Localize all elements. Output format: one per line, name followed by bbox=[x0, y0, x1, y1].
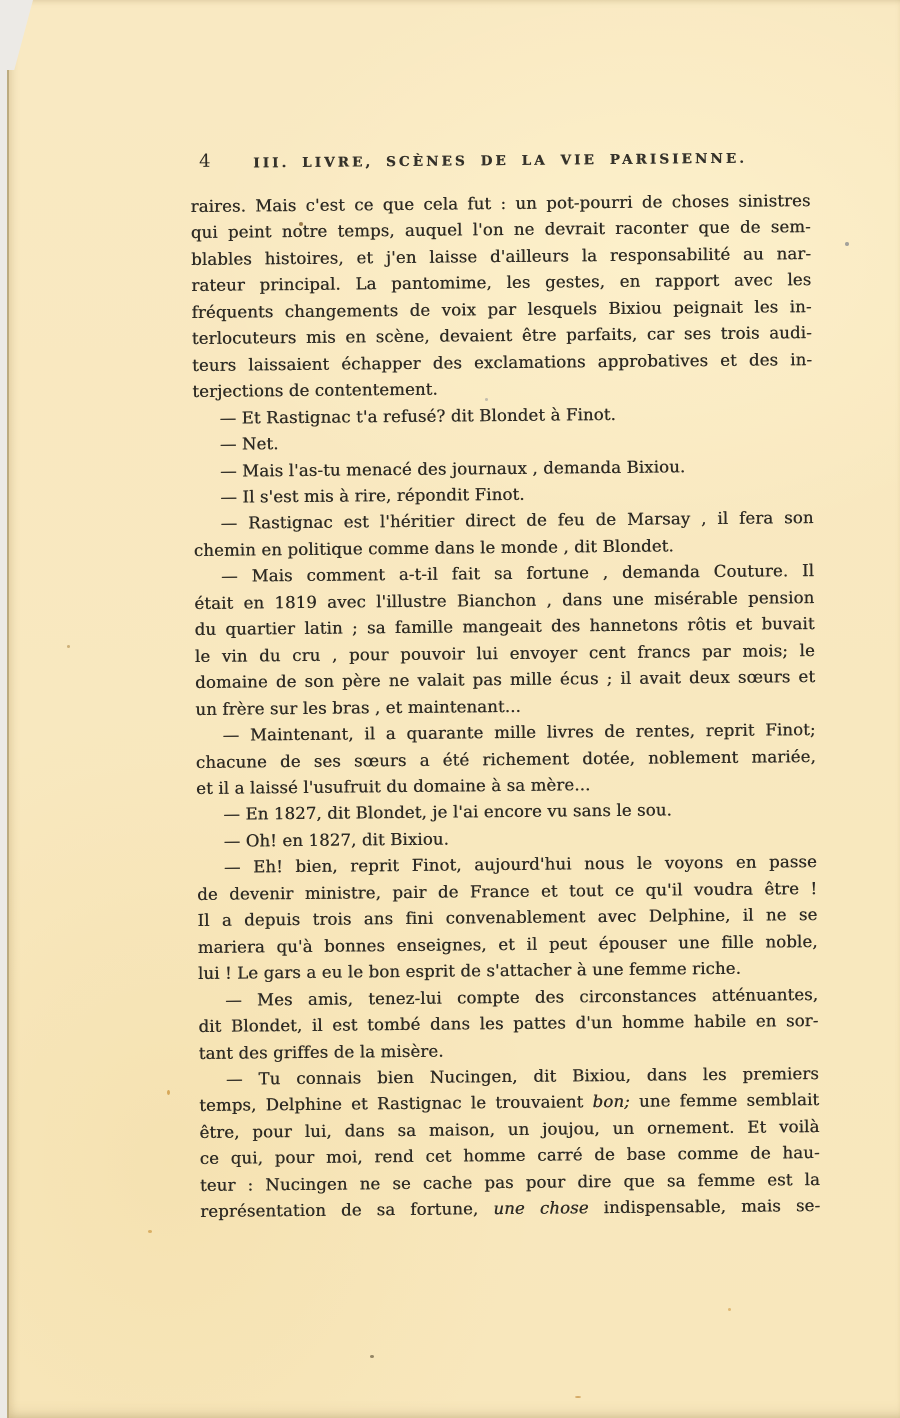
text-run: — Tu connais bien Nucingen, dit Bixiou, … bbox=[226, 1064, 819, 1089]
text-run: terlocuteurs mis en scène, devaient être… bbox=[192, 323, 812, 348]
text-run: de devenir ministre, pair de France et t… bbox=[197, 879, 817, 904]
paragraph: — Tu connais bien Nucingen, dit Bixiou, … bbox=[199, 1061, 820, 1226]
paragraph: — Maintenant, il a quarante mille livres… bbox=[196, 717, 817, 802]
running-title: III. LIVRE, SCÈNES DE LA VIE PARISIENNE. bbox=[190, 144, 810, 172]
text-run: chacune de ses sœurs a été richement dot… bbox=[196, 747, 816, 772]
book-page: 4 III. LIVRE, SCÈNES DE LA VIE PARISIENN… bbox=[7, 0, 900, 1418]
text-run: ce qui, pour moi, rend cet homme carré d… bbox=[200, 1143, 820, 1168]
text-run: teur : Nucingen ne se cache pas pour dir… bbox=[200, 1170, 820, 1195]
text-run: — En 1827, dit Blondet, je l'ai encore v… bbox=[223, 801, 672, 824]
scanner-edge bbox=[7, 0, 33, 70]
text-run: représentation de sa fortune, bbox=[200, 1199, 493, 1221]
text-run: du quartier latin ; sa famille mangeait … bbox=[195, 614, 815, 639]
text-run: fréquents changements de voix par lesque… bbox=[191, 297, 811, 322]
text-run: — Oh! en 1827, dit Bixiou. bbox=[224, 829, 449, 850]
text-run: terjections de contentement. bbox=[192, 380, 438, 401]
text-run: — Rastignac est l'héritier direct de feu… bbox=[220, 508, 813, 533]
text-run: était en 1819 avec l'illustre Bianchon ,… bbox=[194, 588, 814, 613]
text-body: raires. Mais c'est ce que cela fut : un … bbox=[190, 188, 820, 1226]
text-run: — Et Rastignac t'a refusé? dit Blondet à… bbox=[219, 405, 615, 428]
page-content: 4 III. LIVRE, SCÈNES DE LA VIE PARISIENN… bbox=[190, 144, 820, 1226]
text-run: — Eh! bien, reprit Finot, aujourd'hui no… bbox=[224, 852, 817, 877]
paper-speck bbox=[167, 1090, 170, 1095]
text-run: et il a laissé l'usufruit du domaine à s… bbox=[196, 775, 590, 798]
page-number: 4 bbox=[199, 151, 211, 172]
text-run: un frère sur les bras , et maintenant... bbox=[195, 696, 521, 718]
text-run: rateur principal. La pantomime, les gest… bbox=[191, 270, 811, 295]
text-run: — Maintenant, il a quarante mille livres… bbox=[223, 720, 816, 745]
text-run: mariera qu'à bonnes enseignes, et il peu… bbox=[198, 932, 818, 957]
text-run: — Net. bbox=[220, 434, 279, 454]
text-run: Il a depuis trois ans fini convenablemen… bbox=[197, 905, 817, 930]
paper-speck bbox=[575, 1396, 581, 1398]
paper-speck bbox=[67, 645, 70, 648]
text-run: — Mais comment a-t-il fait sa fortune , … bbox=[221, 561, 814, 586]
italic-text-run: bon; bbox=[592, 1092, 629, 1111]
text-run: lui ! Le gars a eu le bon esprit de s'at… bbox=[198, 959, 741, 983]
paragraph: — Mes amis, tenez-lui compte des circons… bbox=[198, 982, 819, 1067]
text-run: une femme semblait bbox=[630, 1090, 820, 1111]
text-run: temps, Delphine et Rastignac le trouvaie… bbox=[199, 1093, 593, 1116]
text-run: — Mais l'as-tu menacé des journaux , dem… bbox=[220, 457, 685, 480]
page-header: 4 III. LIVRE, SCÈNES DE LA VIE PARISIENN… bbox=[190, 144, 810, 182]
paragraph: — Mais comment a-t-il fait sa fortune , … bbox=[194, 558, 815, 723]
text-run: dit Blondet, il est tombé dans les patte… bbox=[198, 1011, 818, 1036]
text-run: — Il s'est mis à rire, répondit Finot. bbox=[220, 485, 524, 507]
paragraph: raires. Mais c'est ce que cela fut : un … bbox=[190, 188, 812, 406]
text-run: le vin du cru , pour pouvoir lui envoyer… bbox=[195, 641, 815, 666]
text-run: chemin en politique comme dans le monde … bbox=[194, 536, 674, 560]
italic-text-run: une chose bbox=[493, 1198, 588, 1218]
paper-speck bbox=[370, 1355, 374, 1358]
paper-speck bbox=[845, 242, 849, 246]
paper-speck bbox=[148, 1230, 152, 1233]
paper-speck bbox=[728, 1308, 731, 1311]
text-run: raires. Mais c'est ce que cela fut : un … bbox=[190, 191, 810, 216]
text-run: blables histoires, et j'en laisse d'aill… bbox=[191, 244, 811, 269]
text-run: être, pour lui, dans sa maison, un joujo… bbox=[199, 1117, 819, 1142]
paragraph: — Rastignac est l'héritier direct de feu… bbox=[193, 505, 813, 564]
text-run: teurs laissaient échapper des exclamatio… bbox=[192, 350, 812, 375]
text-run: qui peint notre temps, auquel l'on ne de… bbox=[191, 217, 811, 242]
text-run: tant des griffes de la misère. bbox=[199, 1041, 444, 1062]
text-run: domaine de son père ne valait pas mille … bbox=[195, 667, 815, 692]
paragraph: — Eh! bien, reprit Finot, aujourd'hui no… bbox=[197, 849, 818, 987]
text-line: représentation de sa fortune, une chose … bbox=[200, 1193, 820, 1225]
text-run: indispensable, mais se- bbox=[588, 1196, 820, 1217]
text-run: — Mes amis, tenez-lui compte des circons… bbox=[225, 985, 818, 1010]
